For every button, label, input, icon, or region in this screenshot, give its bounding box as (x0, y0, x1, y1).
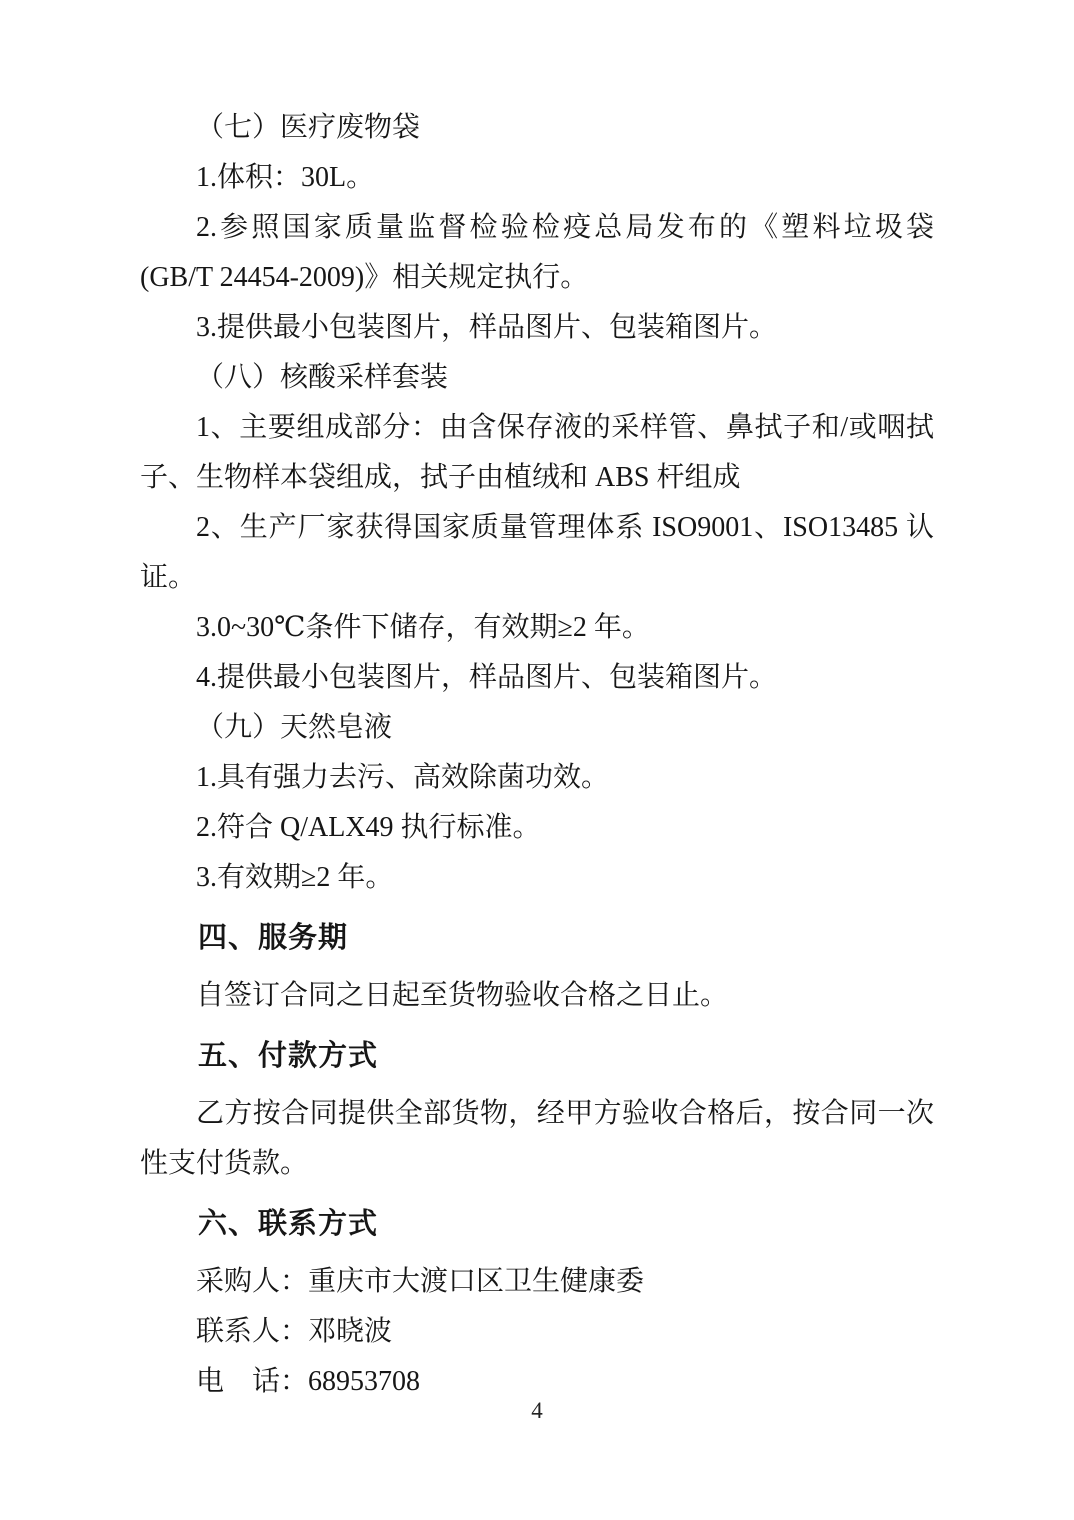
paragraph: 1.具有强力去污、高效除菌功效。 (140, 753, 934, 803)
paragraph: 2.参照国家质量监督检验检疫总局发布的《塑料垃圾袋(GB/T 24454-200… (140, 203, 934, 303)
paragraph: 3.0~30℃条件下储存，有效期≥2 年。 (140, 603, 934, 653)
paragraph: 乙方按合同提供全部货物，经甲方验收合格后，按合同一次性支付货款。 (140, 1089, 934, 1189)
paragraph: 采购人：重庆市大渡口区卫生健康委 (140, 1257, 934, 1307)
paragraph: 联系人：邓晓波 (140, 1307, 934, 1357)
paragraph: （八）核酸采样套装 (140, 353, 934, 403)
paragraph: （七）医疗废物袋 (140, 103, 934, 153)
document-content: （七）医疗废物袋1.体积：30L。2.参照国家质量监督检验检疫总局发布的《塑料垃… (140, 103, 934, 1407)
paragraph: （九）天然皂液 (140, 703, 934, 753)
paragraph: 2、生产厂家获得国家质量管理体系 ISO9001、ISO13485 认证。 (140, 503, 934, 603)
section-heading: 六、联系方式 (140, 1199, 934, 1249)
paragraph: 2.符合 Q/ALX49 执行标准。 (140, 803, 934, 853)
paragraph: 3.提供最小包装图片，样品图片、包装箱图片。 (140, 303, 934, 353)
paragraph: 1.体积：30L。 (140, 153, 934, 203)
section-heading: 五、付款方式 (140, 1031, 934, 1081)
page-number: 4 (531, 1398, 543, 1423)
paragraph: 1、主要组成部分：由含保存液的采样管、鼻拭子和/或咽拭子、生物样本袋组成，拭子由… (140, 403, 934, 503)
paragraph: 自签订合同之日起至货物验收合格之日止。 (140, 971, 934, 1021)
section-heading: 四、服务期 (140, 913, 934, 963)
document-page: （七）医疗废物袋1.体积：30L。2.参照国家质量监督检验检疫总局发布的《塑料垃… (0, 0, 1074, 1520)
paragraph: 4.提供最小包装图片，样品图片、包装箱图片。 (140, 653, 934, 703)
paragraph: 3.有效期≥2 年。 (140, 853, 934, 903)
page-footer: 4 (0, 1398, 1074, 1424)
